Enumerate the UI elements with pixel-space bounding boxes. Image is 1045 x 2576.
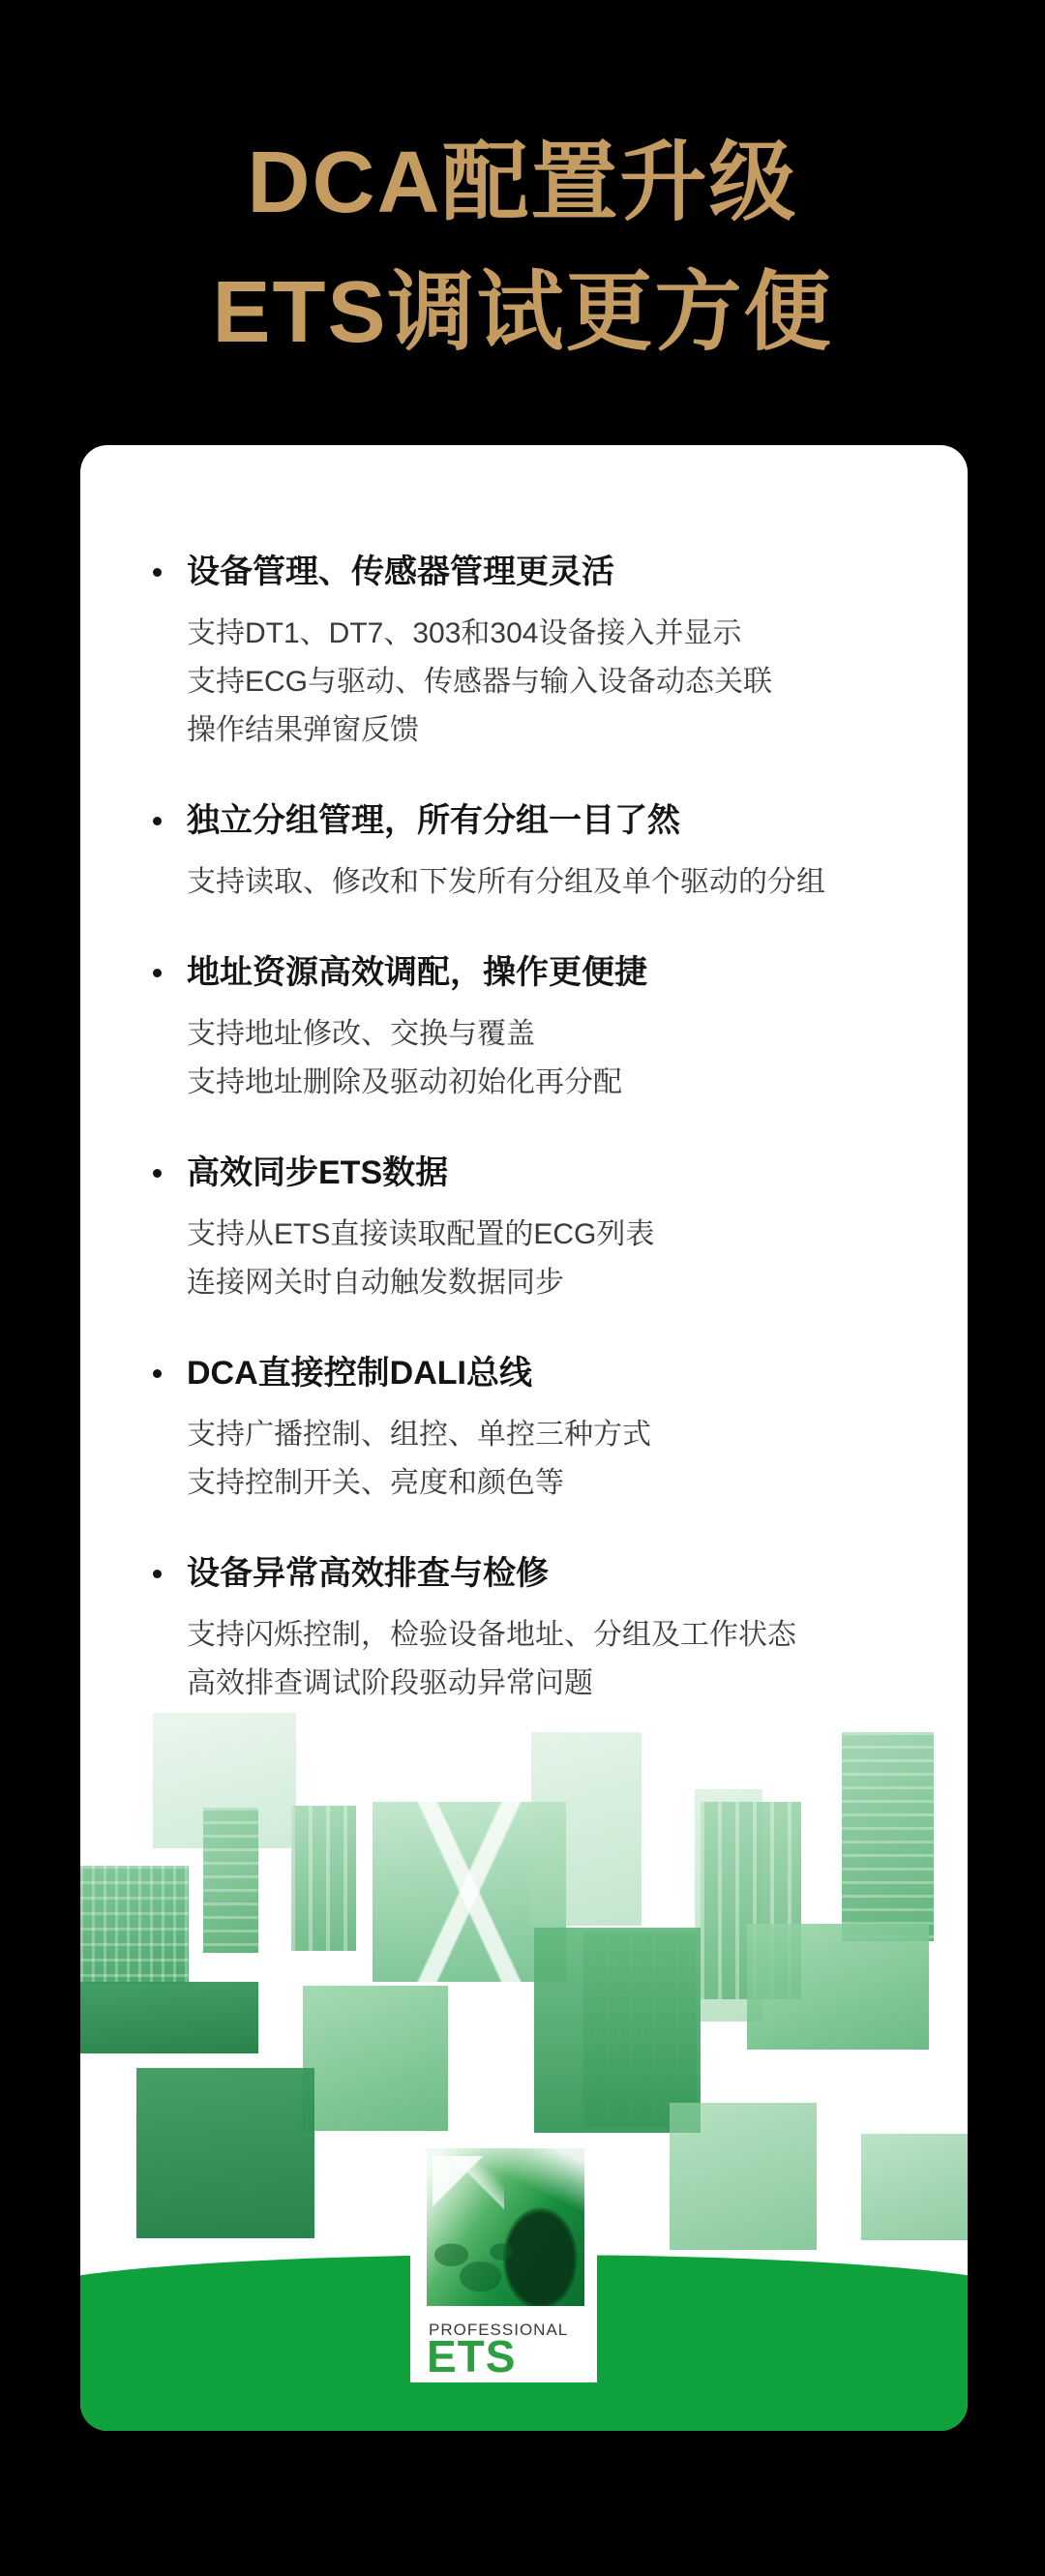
feature-line: 支持地址删除及驱动初始化再分配 xyxy=(80,1059,968,1107)
poster-title-line2: ETS调试更方便 xyxy=(0,248,1045,377)
collage-photo xyxy=(531,1732,642,1926)
collage-photo xyxy=(303,1986,448,2131)
feature-line: 支持闪烁控制，检验设备地址、分组及工作状态 xyxy=(80,1611,968,1660)
feature-line: 高效排查调试阶段驱动异常问题 xyxy=(80,1660,968,1708)
feature-heading: DCA直接控制DALI总线 xyxy=(80,1356,968,1391)
feature-section-3: 地址资源高效调配，操作更便捷支持地址修改、交换与覆盖支持地址删除及驱动初始化再分… xyxy=(80,955,968,1107)
feature-line: 支持地址修改、交换与覆盖 xyxy=(80,1010,968,1059)
ets-logo-text: ETS xyxy=(427,2330,516,2382)
feature-heading: 高效同步ETS数据 xyxy=(80,1155,968,1190)
feature-line: 支持DT1、DT7、303和304设备接入并显示 xyxy=(80,610,968,658)
feature-line: 支持广播控制、组控、单控三种方式 xyxy=(80,1411,968,1459)
feature-section-4: 高效同步ETS数据支持从ETS直接读取配置的ECG列表连接网关时自动触发数据同步 xyxy=(80,1155,968,1307)
feature-section-6: 设备异常高效排查与检修支持闪烁控制，检验设备地址、分组及工作状态高效排查调试阶段… xyxy=(80,1556,968,1708)
feature-list: 设备管理、传感器管理更灵活支持DT1、DT7、303和304设备接入并显示支持E… xyxy=(80,554,968,1756)
feature-section-2: 独立分组管理，所有分组一目了然支持读取、修改和下发所有分组及单个驱动的分组 xyxy=(80,803,968,907)
collage-photo xyxy=(670,2103,817,2250)
feature-heading: 设备异常高效排查与检修 xyxy=(80,1556,968,1591)
feature-section-1: 设备管理、传感器管理更灵活支持DT1、DT7、303和304设备接入并显示支持E… xyxy=(80,554,968,755)
content-card: 设备管理、传感器管理更灵活支持DT1、DT7、303和304设备接入并显示支持E… xyxy=(80,445,968,2431)
ets-product-image xyxy=(427,2148,584,2306)
feature-line: 支持控制开关、亮度和颜色等 xyxy=(80,1459,968,1508)
feature-heading: 设备管理、传感器管理更灵活 xyxy=(80,554,968,589)
feature-line: 支持读取、修改和下发所有分组及单个驱动的分组 xyxy=(80,858,968,907)
collage-photo xyxy=(203,1808,258,1953)
feature-heading: 地址资源高效调配，操作更便捷 xyxy=(80,955,968,990)
feature-section-5: DCA直接控制DALI总线支持广播控制、组控、单控三种方式支持控制开关、亮度和颜… xyxy=(80,1356,968,1508)
collage-photo xyxy=(136,2068,314,2238)
collage-photo xyxy=(842,1732,934,1941)
collage-photo xyxy=(80,1982,258,2053)
collage-photo xyxy=(861,2134,968,2240)
feature-line: 支持从ETS直接读取配置的ECG列表 xyxy=(80,1211,968,1259)
collage-photo xyxy=(80,1866,189,1984)
feature-line: 支持ECG与驱动、传感器与输入设备动态关联 xyxy=(80,658,968,706)
poster-title: DCA配置升级 ETS调试更方便 xyxy=(0,118,1045,377)
collage-photo xyxy=(291,1806,356,1951)
feature-line: 操作结果弹窗反馈 xyxy=(80,706,968,755)
feature-heading: 独立分组管理，所有分组一目了然 xyxy=(80,803,968,838)
poster-title-line1: DCA配置升级 xyxy=(0,118,1045,248)
feature-line: 连接网关时自动触发数据同步 xyxy=(80,1259,968,1307)
collage-photo xyxy=(747,1924,929,2050)
ets-product-box: PROFESSIONAL ETS xyxy=(410,2139,597,2382)
